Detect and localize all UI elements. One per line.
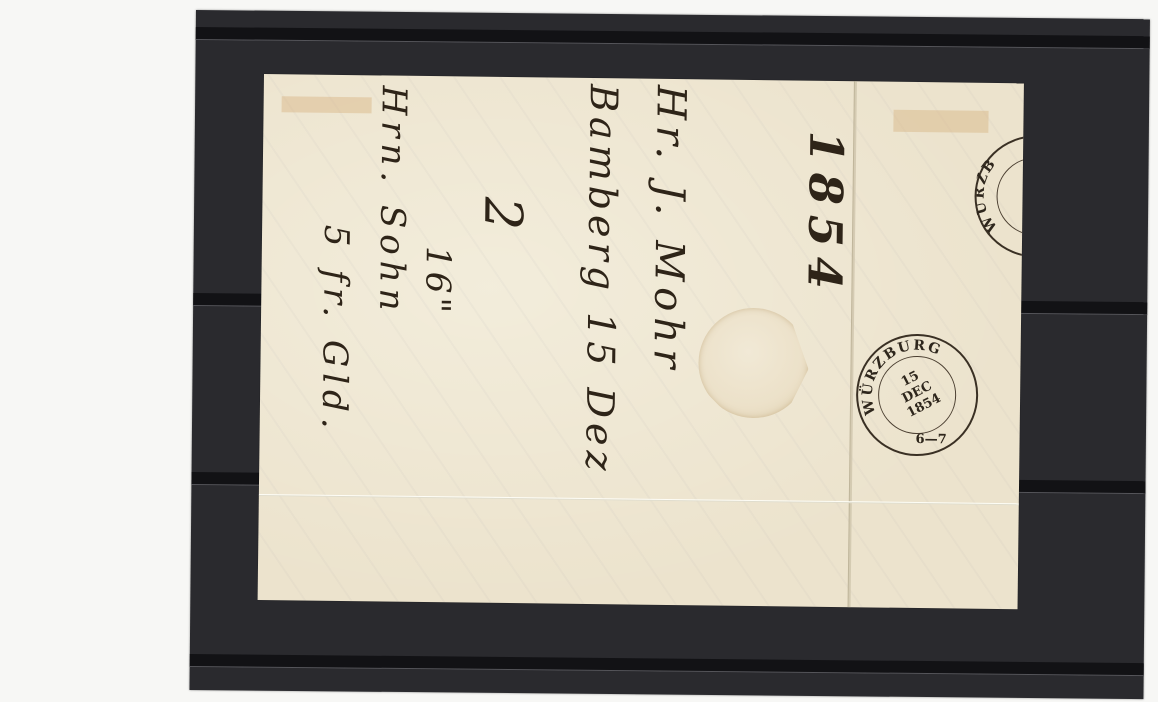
- wurzburg-postmark: WÜRZBURG 15 DEC 1854 6—7: [855, 333, 978, 456]
- stock-card-strip: [196, 27, 1150, 49]
- hinge-stain: [893, 110, 988, 133]
- wurzburg-postmark-partial: WÜRZB D: [974, 135, 1024, 258]
- handwritten-addressee: Hr. J. Mohr: [644, 85, 694, 375]
- postmark-hour: 6—7: [915, 432, 946, 447]
- handwritten-fraction: 16": [417, 246, 458, 317]
- handwritten-note-line2: 5 fr. Gld.: [314, 225, 357, 435]
- wax-seal-remnant: [698, 307, 809, 418]
- postal-cover: 1854 Hr. J. Mohr Bamberg 15 Dez 2 16" Hr…: [258, 74, 1024, 609]
- hinge-stain: [282, 96, 372, 113]
- handwritten-city-date: Bamberg 15 Dez: [577, 84, 626, 476]
- handwritten-amount: 2: [472, 197, 532, 239]
- fold-line: [259, 494, 1019, 505]
- stock-card-strip: [190, 654, 1144, 676]
- handwritten-note-line1: Hrn. Sohn: [371, 85, 414, 316]
- handwritten-year: 1854: [797, 131, 853, 300]
